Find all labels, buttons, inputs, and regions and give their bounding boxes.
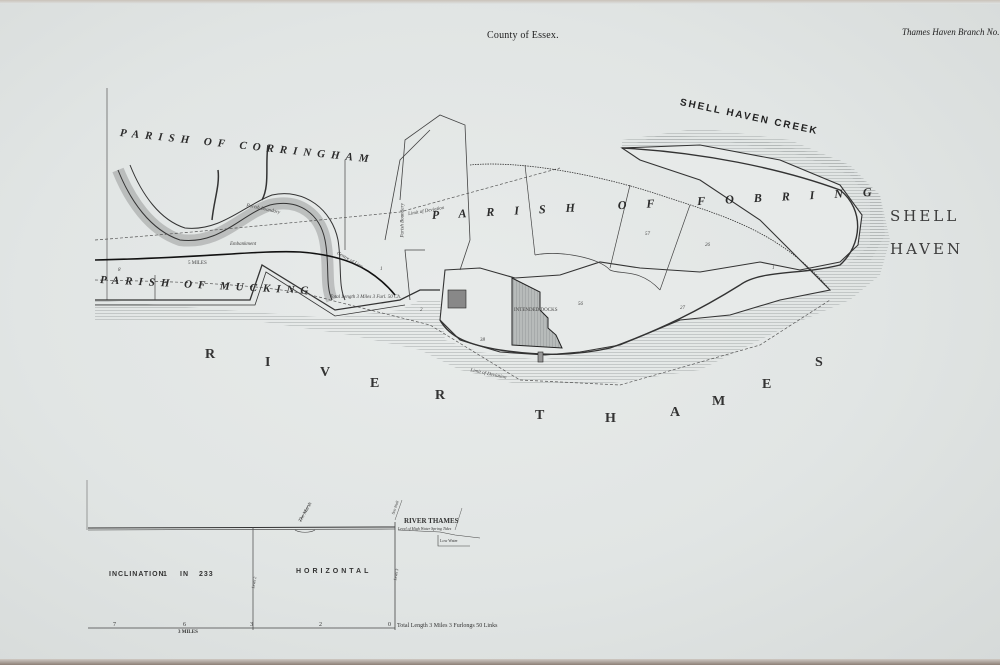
profile-low-water-label: Low Water	[440, 538, 458, 543]
plot-number: 26	[705, 243, 710, 248]
profile-ratio-in: IN	[180, 571, 189, 578]
river-letter: M	[712, 394, 725, 410]
profile-river-sub-label: Level of High Water Spring Tides	[398, 526, 451, 531]
river-letter: R	[435, 388, 445, 404]
plot-number: 57	[645, 232, 650, 237]
profile-total-length: Total Length 3 Miles 3 Furlongs 50 Links	[397, 623, 497, 629]
river-letter: S	[815, 355, 823, 371]
building-block	[448, 290, 466, 308]
scale-tick: 0	[388, 622, 391, 628]
profile-rail-level	[88, 527, 395, 528]
intended-docks-annotation: INTENDED DOCKS	[514, 308, 557, 313]
jetty	[538, 352, 543, 362]
scale-tick: 7	[113, 622, 116, 628]
profile-horizontal-label: HORIZONTAL	[296, 568, 371, 575]
river-letter: E	[370, 376, 379, 392]
map-linework	[0, 0, 1000, 665]
chains-annotation: 5 MILES	[188, 261, 207, 266]
river-letter: A	[670, 405, 680, 421]
river-letter: H	[605, 411, 616, 427]
sheet-reference: Thames Haven Branch No. 5.	[902, 27, 1000, 37]
profile-river-thames-label: RIVER THAMES	[404, 517, 459, 525]
parish-boundary-annotation: Parish Boundary	[401, 203, 406, 237]
plot-number: 56	[578, 302, 583, 307]
river-letter: R	[205, 347, 215, 363]
map-title: County of Essex.	[487, 30, 559, 41]
plot-number: 1	[380, 267, 383, 272]
profile-inclination-label: INCLINATION	[109, 571, 165, 578]
embankment-annotation: Embankment	[230, 242, 256, 247]
river-letter: V	[320, 365, 330, 381]
scale-tick: 6	[183, 622, 186, 628]
profile-ratio-233: 233	[199, 571, 214, 578]
plot-number: 38	[480, 338, 485, 343]
river-letter: T	[535, 408, 544, 424]
profile-ratio-1: 1	[163, 571, 168, 578]
shell-haven-label-2: HAVEN	[890, 240, 963, 258]
scale-miles-label: 3 MILES	[178, 630, 198, 635]
plot-number: 27	[680, 306, 685, 311]
plot-number: 1	[772, 266, 775, 271]
plot-number: 2	[420, 308, 423, 313]
plot-number: 8	[118, 268, 121, 273]
shell-haven-label-1: SHELL	[890, 207, 959, 225]
river-letter: I	[265, 355, 270, 371]
scale-tick: 3	[250, 622, 253, 628]
total-length-map-annotation: Total Length 3 Miles 3 Furl. 50 Ch.	[330, 295, 401, 300]
river-letter: E	[762, 377, 771, 393]
scale-tick: 2	[319, 622, 322, 628]
